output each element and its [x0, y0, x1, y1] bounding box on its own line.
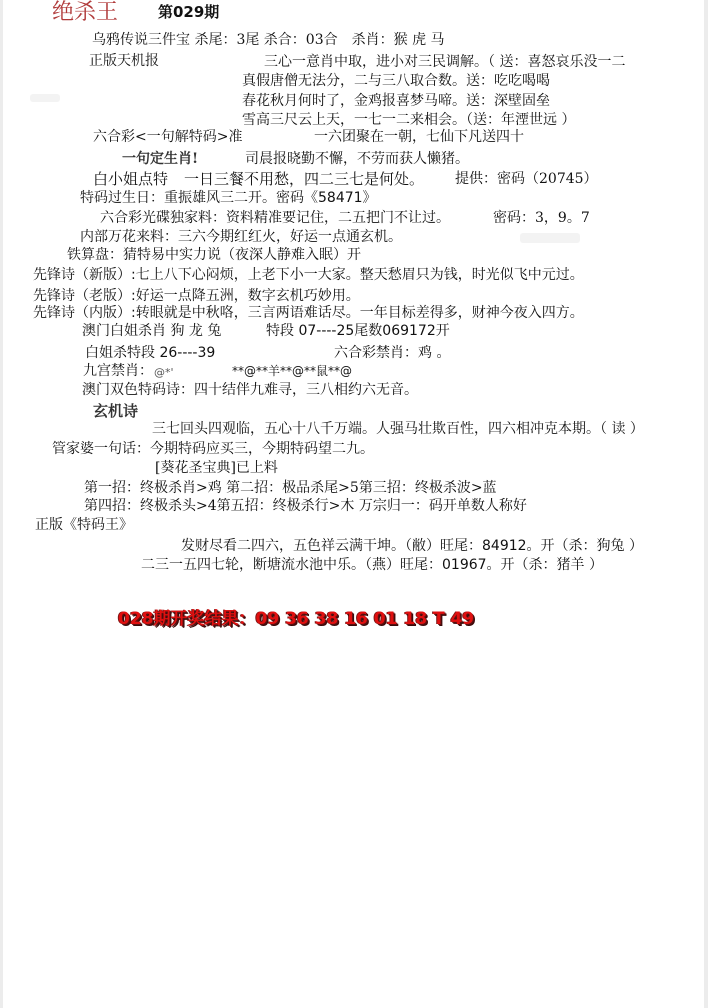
guanjia-line: 管家婆一句话：今期特码应买三，今期特码望二九。	[52, 440, 374, 458]
tiesuan-text: 猜特易中实力说（夜深人静难入眠）开	[123, 247, 361, 263]
tianji-line-4: 雪高三尺云上天，一七一二来相会。（送：年湮世远 ）	[242, 111, 575, 129]
yiju-text-1: 一六团聚在一朝，七仙下凡送四十	[314, 128, 524, 146]
wanhua-line: 内部万花来料：三六今期红红火，好运一点通玄机。	[80, 228, 402, 246]
wanhua-text: 三六今期红红火，好运一点通玄机。	[178, 229, 402, 245]
tiesuan-line: 铁算盘：猜特易中实力说（夜深人静难入眠）开	[67, 246, 361, 264]
bai-kill-segment: 白姐杀特段 26----39	[85, 344, 215, 362]
xuanji-text: 三七回头四观临，五心十八千万端。人强马壮欺百性，四六相冲克本期。（ 读 ）	[152, 420, 644, 438]
macau-segment: 特段 07----25尾数069172开	[266, 322, 450, 340]
cd-line: 六合彩光碟独家料：资料精准要记住，二五把门不让过。	[100, 209, 450, 227]
bai-text: 一日三餐不用愁，四二三七是何处。	[184, 170, 424, 188]
tianji-line-3: 春花秋月何时了，金鸡报喜梦马啼。送：深壁固垒	[242, 92, 550, 110]
shuangse-text: 四十结伴九难寻，三八相约六无音。	[194, 382, 418, 398]
birthday-label: 特码过生日：	[80, 190, 164, 206]
xianfeng-old-label: 先锋诗（老版）	[33, 288, 131, 304]
tianji-line-1: 三心一意肖中取，进小对三民调解。（ 送：喜怒哀乐没一二	[264, 53, 625, 71]
shuangse-line: 澳门双色特码诗：四十结伴九难寻，三八相约六无音。	[82, 381, 418, 399]
lhc-forbidden: 六合彩禁肖：鸡 。	[334, 344, 450, 362]
page-edge-right	[704, 0, 708, 1008]
birthday-line: 特码过生日：重振雄风三二开。密码《58471》	[80, 189, 377, 207]
xianfeng-old-text: :好运一点降五洲，数字玄机巧妙用。	[131, 288, 360, 304]
tema-line-1: 发财尽看二四六，五色祥云满干坤。（敝）旺尾：84912。开（杀：狗兔 ）	[181, 537, 643, 555]
bai-label: 白小姐点特	[93, 170, 168, 188]
wanhua-label: 内部万花来料：	[80, 229, 178, 245]
xianfeng-inner-text: :转眼就是中秋咯，三言两语难话尽。一年目标差得多，财神今夜入四方。	[131, 305, 584, 321]
shuangse-label: 澳门双色特码诗：	[82, 382, 194, 398]
yiju-label-2: 一句定生肖!	[122, 150, 198, 168]
cd-label: 六合彩光碟独家料：	[100, 210, 226, 226]
jiugong-text-2: **@**羊**@**鼠**@	[232, 362, 352, 380]
tianji-line-2: 真假唐僧无法分，二与三八取合数。送：吃吃喝喝	[242, 72, 550, 90]
kuihua-title: [葵花圣宝典]已上料	[155, 459, 278, 477]
scan-smudge	[520, 233, 580, 243]
jiugong-text-1: @*'	[154, 364, 174, 382]
tianji-label: 正版天机报	[89, 52, 159, 70]
xuanji-label: 玄机诗	[93, 402, 138, 420]
macau-kill: 澳门白姐杀肖 狗 龙 兔	[82, 322, 221, 340]
yiju-text-2: 司晨报晓勤不懈，不劳而获人懒猪。	[245, 150, 469, 168]
guanjia-label: 管家婆一句话：	[52, 441, 150, 457]
draw-result: 028期开奖结果：09 36 38 16 01 18 T 49	[118, 608, 474, 630]
page-edge-left	[0, 0, 3, 1008]
yiju-label: 六合彩<一句解特码>准	[93, 128, 242, 146]
zhao-line-2: 第四招：终极杀头>4第五招：终极杀行>木 万宗归一：码开单数人称好	[84, 497, 527, 515]
xianfeng-new-text: :七上八下心闷烦，上老下小一大家。整天愁眉只为钱，时光似飞中元过。	[131, 267, 584, 283]
xianfeng-new-label: 先锋诗（新版）	[33, 267, 131, 283]
brand-title: 绝杀王	[52, 0, 118, 26]
draw-result-numbers: 09 36 38 16 01 18 T 49	[256, 609, 475, 629]
zhao-line-1: 第一招：终极杀肖>鸡 第二招：极品杀尾>5第三招：终极杀波>蓝	[84, 479, 497, 497]
issue-number: 第029期	[158, 3, 219, 21]
scan-smudge	[30, 94, 60, 102]
jiugong-label: 九宫禁肖：	[83, 362, 153, 380]
cd-code: 密码：3，9。7	[493, 209, 590, 227]
bai-provide: 提供：密码（20745）	[455, 170, 598, 188]
xianfeng-inner-label: 先锋诗（内版）	[33, 305, 131, 321]
birthday-text: 重振雄风三二开。密码《58471》	[164, 190, 377, 206]
xianfeng-old-line: 先锋诗（老版）:好运一点降五洲，数字玄机巧妙用。	[33, 287, 360, 305]
tema-line-2: 二三一五四七轮，断塘流水池中乐。（燕）旺尾：01967。开（杀：猪羊 ）	[141, 556, 603, 574]
cd-text: 资料精准要记住，二五把门不让过。	[226, 210, 450, 226]
guanjia-text: 今期特码应买三，今期特码望二九。	[150, 441, 374, 457]
xianfeng-new-line: 先锋诗（新版）:七上八下心闷烦，上老下小一大家。整天愁眉只为钱，时光似飞中元过。	[33, 266, 584, 284]
tema-label: 正版《特码王》	[35, 516, 133, 534]
draw-result-label: 028期开奖结果：	[118, 609, 256, 629]
tiesuan-label: 铁算盘：	[67, 247, 123, 263]
xianfeng-inner-line: 先锋诗（内版）:转眼就是中秋咯，三言两语难话尽。一年目标差得多，财神今夜入四方。	[33, 304, 584, 322]
crow-legend-line: 乌鸦传说三件宝 杀尾：3尾 杀合：03合 杀肖：猴 虎 马	[92, 31, 445, 49]
